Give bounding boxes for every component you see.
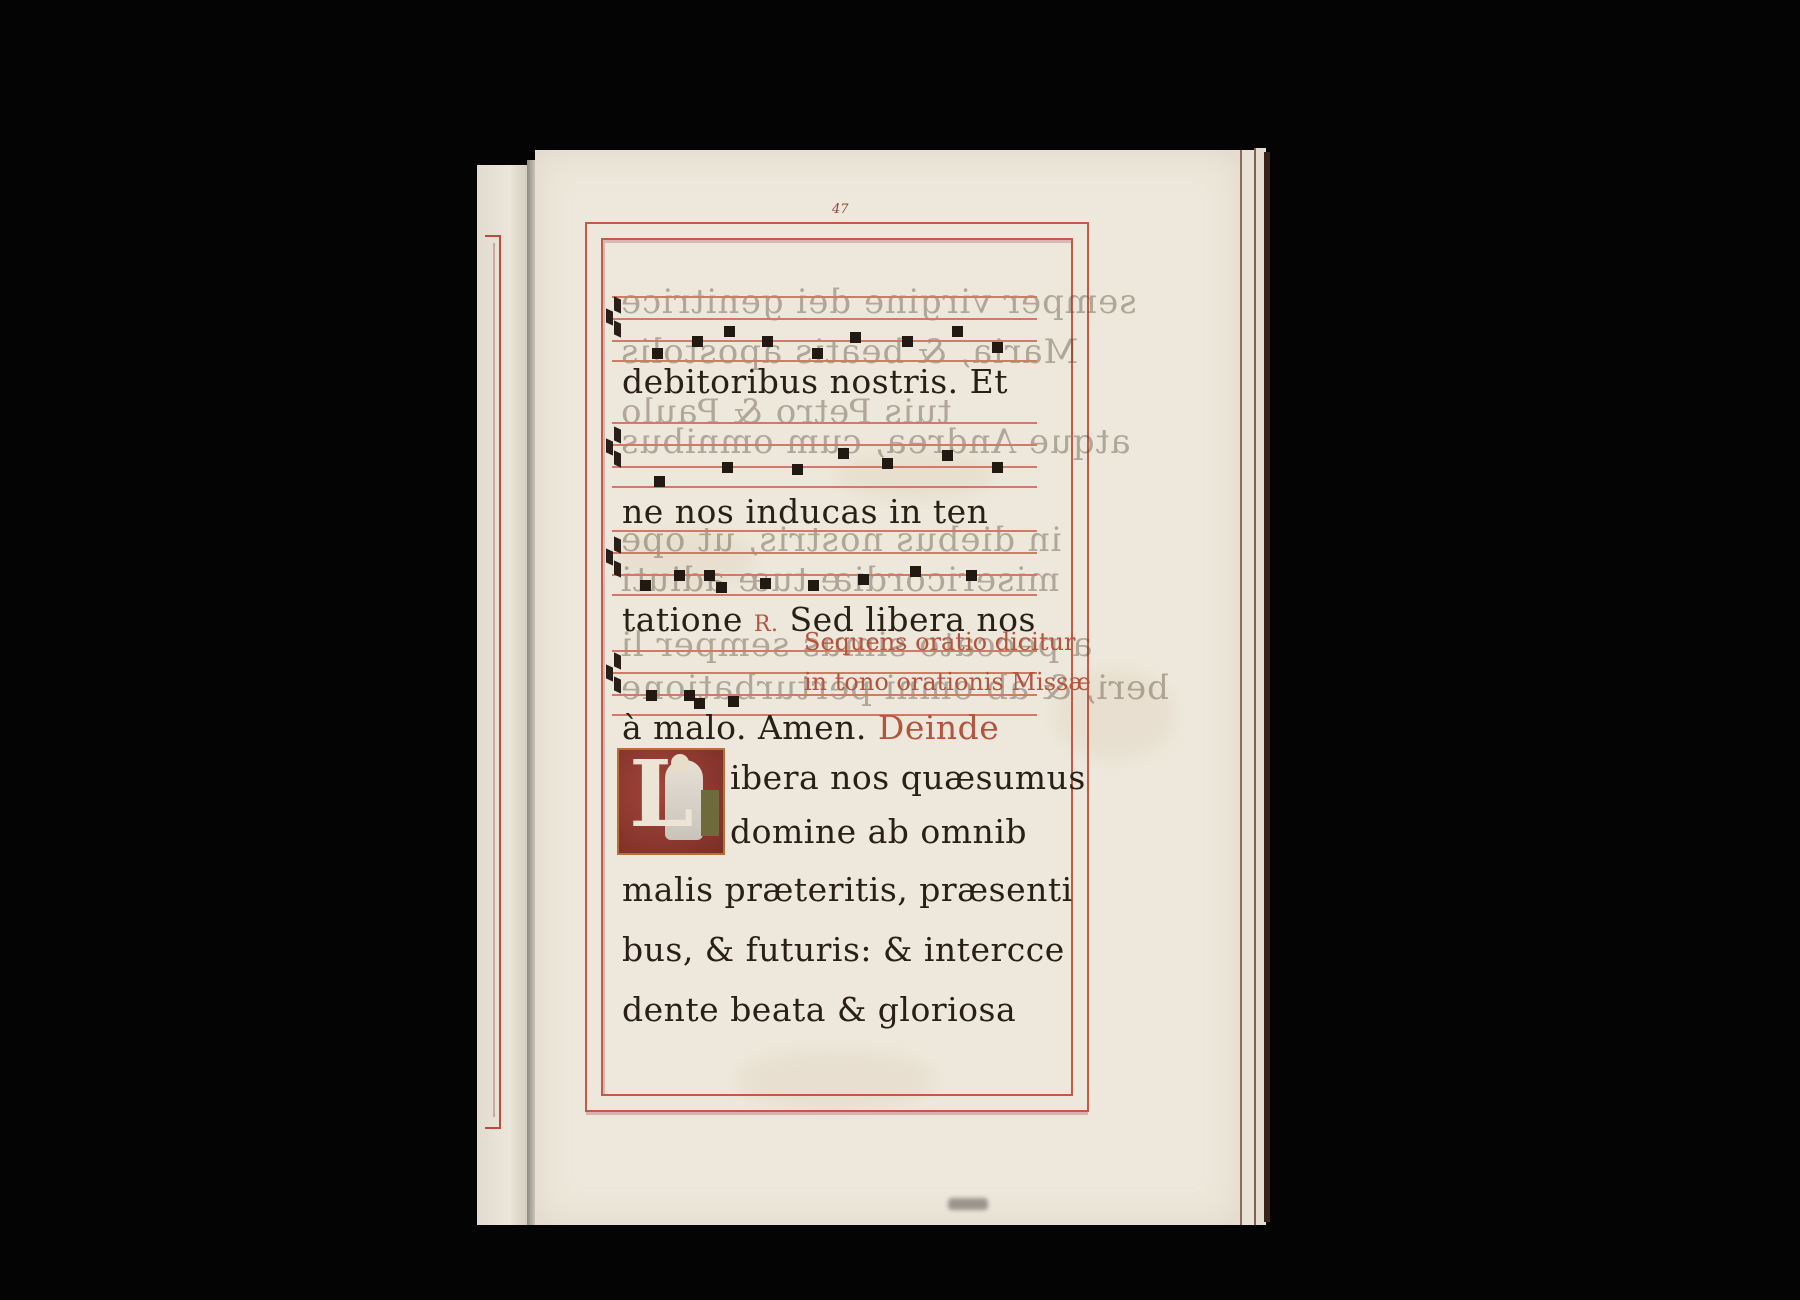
response-mark: R. [754, 612, 779, 637]
folio-number: 47 [832, 202, 849, 217]
prayer-line: bus, & futuris: & intercce [622, 930, 1065, 969]
c-clef-icon [606, 548, 613, 565]
illuminated-initial: L [617, 748, 725, 855]
c-clef-icon [606, 664, 613, 681]
bottom-ink-mark [948, 1198, 988, 1210]
c-clef-icon [606, 308, 613, 325]
music-staff [612, 296, 1037, 360]
prayer-line: domine ab omnib [730, 812, 1027, 851]
c-clef-icon [606, 438, 613, 455]
left-page-edge [477, 165, 531, 1225]
c-clef-icon [614, 652, 621, 669]
book-cover-edge [1264, 152, 1270, 1222]
music-staff [612, 530, 1037, 594]
c-clef-icon [614, 536, 621, 553]
music-staff [612, 422, 1037, 486]
rubric-instruction: in tono orationis Missæ [804, 668, 1091, 696]
prayer-line: ibera nos quæsumus [730, 758, 1086, 797]
rubric-instruction: Sequens oratio dicitur [804, 628, 1075, 656]
lectern-icon [701, 790, 719, 836]
left-page-inner-rule [485, 243, 495, 1117]
prayer-line: dente beata & gloriosa [622, 990, 1016, 1029]
c-clef-icon [614, 320, 621, 337]
chant-text-line: ne nos inducas in ten [622, 492, 988, 531]
prayer-line: malis præteritis, præsenti [622, 870, 1073, 909]
c-clef-icon [614, 296, 621, 313]
c-clef-icon [614, 676, 621, 693]
chant-text-line: debitoribus nostris. Et [622, 362, 1008, 401]
c-clef-icon [614, 560, 621, 577]
rubric-word: Deinde [878, 708, 999, 747]
c-clef-icon [614, 450, 621, 467]
c-clef-icon [614, 426, 621, 443]
